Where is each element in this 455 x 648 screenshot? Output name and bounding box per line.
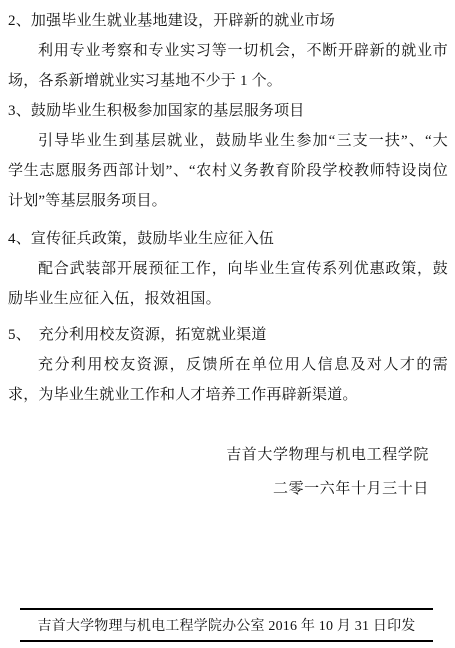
document-body: 2、加强毕业生就业基地建设，开辟新的就业市场 利用专业考察和专业实习等一切机会，… [0, 0, 455, 506]
section-heading: 2、加强毕业生就业基地建设，开辟新的就业市场 [8, 6, 448, 36]
footer-imprint: 吉首大学物理与机电工程学院办公室 2016 年 10 月 31 日印发 [38, 615, 416, 635]
section-heading: 5、 充分利用校友资源，拓宽就业渠道 [8, 320, 448, 350]
paragraph-line: 配合武装部开展预征工作，向毕业生宣传系列优惠政策，鼓 [8, 254, 448, 284]
section-alumni-resources: 5、 充分利用校友资源，拓宽就业渠道 充分利用校友资源，反馈所在单位用人信息及对… [8, 320, 448, 410]
paragraph-line: 求，为毕业生就业工作和人才培养工作再辟新渠道。 [8, 380, 448, 410]
paragraph-line: 计划”等基层服务项目。 [8, 186, 448, 216]
paragraph-line: 学生志愿服务西部计划”、“农村义务教育阶段学校教师特设岗位 [8, 156, 448, 186]
signature-organization: 吉首大学物理与机电工程学院 [8, 438, 429, 472]
section-grassroots-service: 3、鼓励毕业生积极参加国家的基层服务项目 引导毕业生到基层就业，鼓励毕业生参加“… [8, 96, 448, 216]
paragraph-line: 场，各系新增就业实习基地不少于 1 个。 [8, 66, 448, 96]
section-military-enlistment: 4、宣传征兵政策，鼓励毕业生应征入伍 配合武装部开展预征工作，向毕业生宣传系列优… [8, 224, 448, 314]
signature-date: 二零一六年十月三十日 [8, 472, 429, 506]
paragraph-line: 引导毕业生到基层就业，鼓励毕业生参加“三支一扶”、“大 [8, 126, 448, 156]
section-heading: 4、宣传征兵政策，鼓励毕业生应征入伍 [8, 224, 448, 254]
paragraph-line: 利用专业考察和专业实习等一切机会，不断开辟新的就业市 [8, 36, 448, 66]
document-page: 2、加强毕业生就业基地建设，开辟新的就业市场 利用专业考察和专业实习等一切机会，… [0, 0, 455, 648]
document-footer: 吉首大学物理与机电工程学院办公室 2016 年 10 月 31 日印发 [20, 608, 433, 642]
signature-block: 吉首大学物理与机电工程学院 二零一六年十月三十日 [8, 438, 448, 506]
section-employment-bases: 2、加强毕业生就业基地建设，开辟新的就业市场 利用专业考察和专业实习等一切机会，… [8, 6, 448, 96]
paragraph-line: 充分利用校友资源，反馈所在单位用人信息及对人才的需 [8, 350, 448, 380]
section-heading: 3、鼓励毕业生积极参加国家的基层服务项目 [8, 96, 448, 126]
paragraph-line: 励毕业生应征入伍，报效祖国。 [8, 284, 448, 314]
